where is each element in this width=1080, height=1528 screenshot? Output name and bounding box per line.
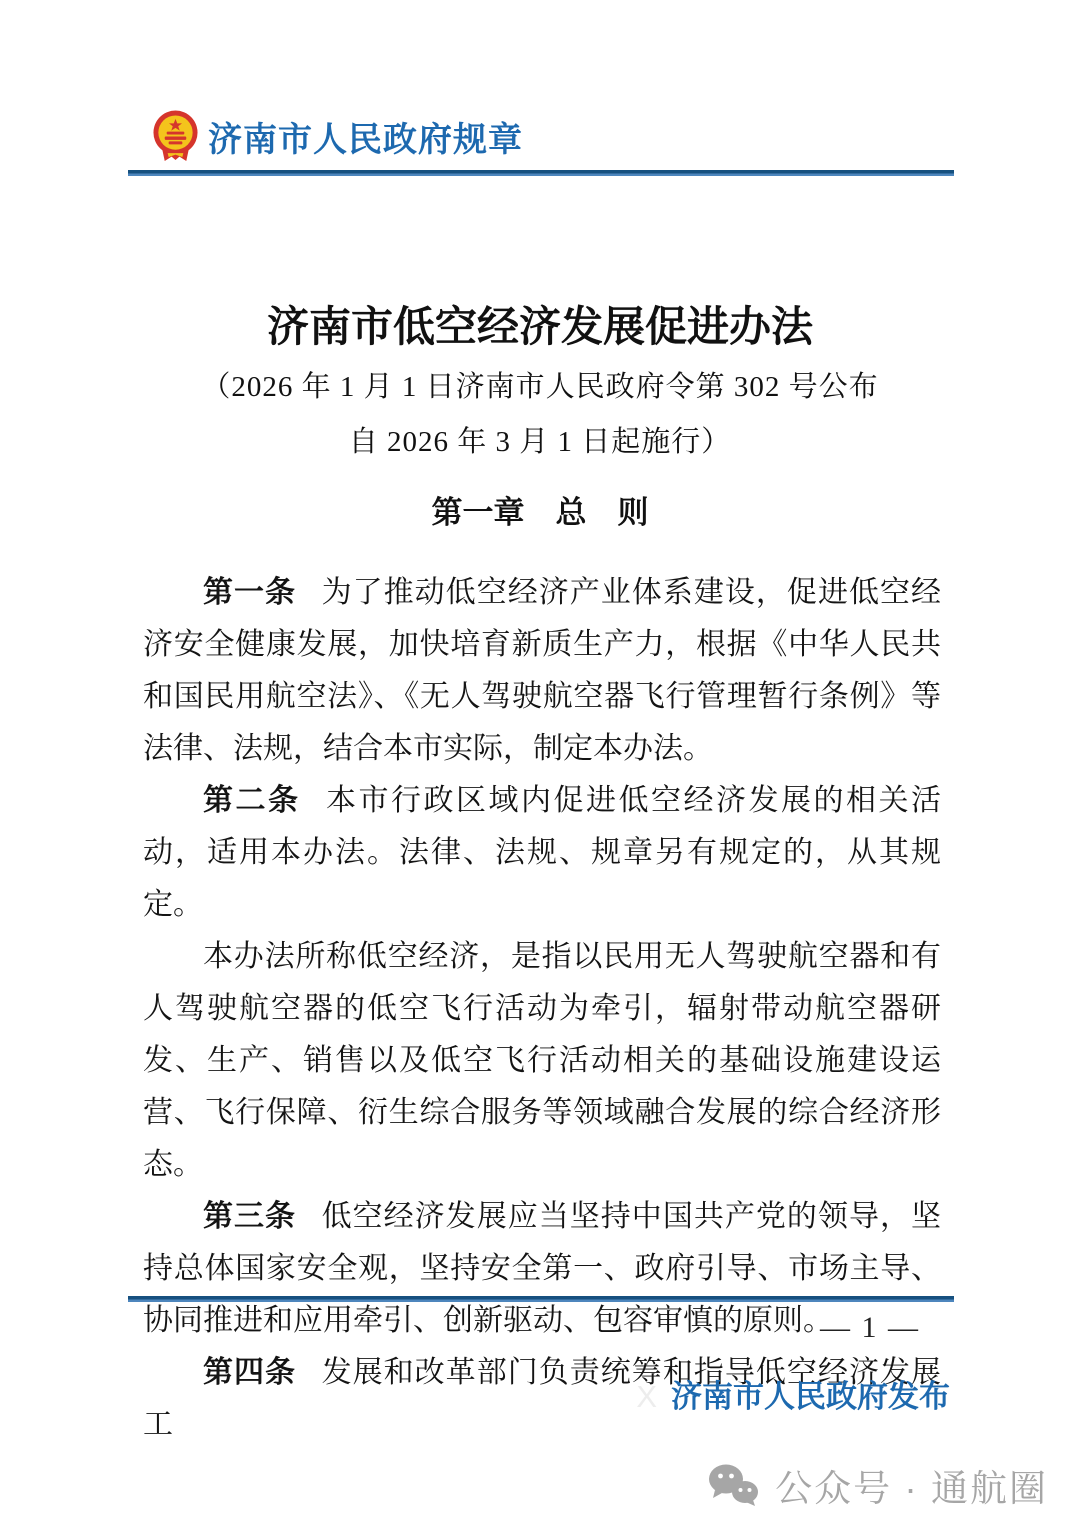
- wechat-icon: [707, 1463, 759, 1507]
- header-divider: [128, 170, 954, 176]
- footer-divider: [128, 1296, 954, 1302]
- article-number-label: 第四条: [203, 1356, 296, 1389]
- publisher-line: X济南市人民政府发布: [636, 1371, 950, 1416]
- chapter-heading: 第一章 总 则: [0, 487, 1080, 532]
- article-number-label: 第一条: [203, 576, 296, 609]
- page-number: — 1 —: [820, 1311, 920, 1345]
- document-title: 济南市低空经济发展促进办法: [0, 294, 1080, 354]
- page-header: 济南市人民政府规章: [152, 110, 523, 162]
- document-subtitle-line1: （2026 年 1 月 1 日济南市人民政府令第 302 号公布: [0, 364, 1080, 405]
- china-national-emblem-icon: [152, 110, 199, 162]
- watermark-text: 公众号 · 通航圈: [775, 1458, 1048, 1512]
- faint-x-watermark: X: [636, 1379, 657, 1414]
- article-text: 本办法所称低空经济，是指以民用无人驾驶航空器和有人驾驶航空器的低空飞行活动为牵引…: [143, 940, 941, 1181]
- publisher-label: 济南市人民政府发布: [671, 1379, 950, 1414]
- document-page: 济南市人民政府规章 济南市低空经济发展促进办法 （2026 年 1 月 1 日济…: [0, 0, 1080, 1528]
- article-paragraph: 第一条为了推动低空经济产业体系建设，促进低空经济安全健康发展，加快培育新质生产力…: [143, 567, 941, 775]
- document-subtitle-line2: 自 2026 年 3 月 1 日起施行）: [0, 419, 1080, 460]
- wechat-watermark: 公众号 · 通航圈: [707, 1458, 1048, 1512]
- article-paragraph: 第二条本市行政区域内促进低空经济发展的相关活动，适用本办法。法律、法规、规章另有…: [143, 775, 941, 931]
- article-paragraph: 本办法所称低空经济，是指以民用无人驾驶航空器和有人驾驶航空器的低空飞行活动为牵引…: [143, 931, 941, 1191]
- article-number-label: 第三条: [203, 1200, 296, 1233]
- header-org-label: 济南市人民政府规章: [208, 112, 523, 161]
- article-number-label: 第二条: [203, 784, 301, 817]
